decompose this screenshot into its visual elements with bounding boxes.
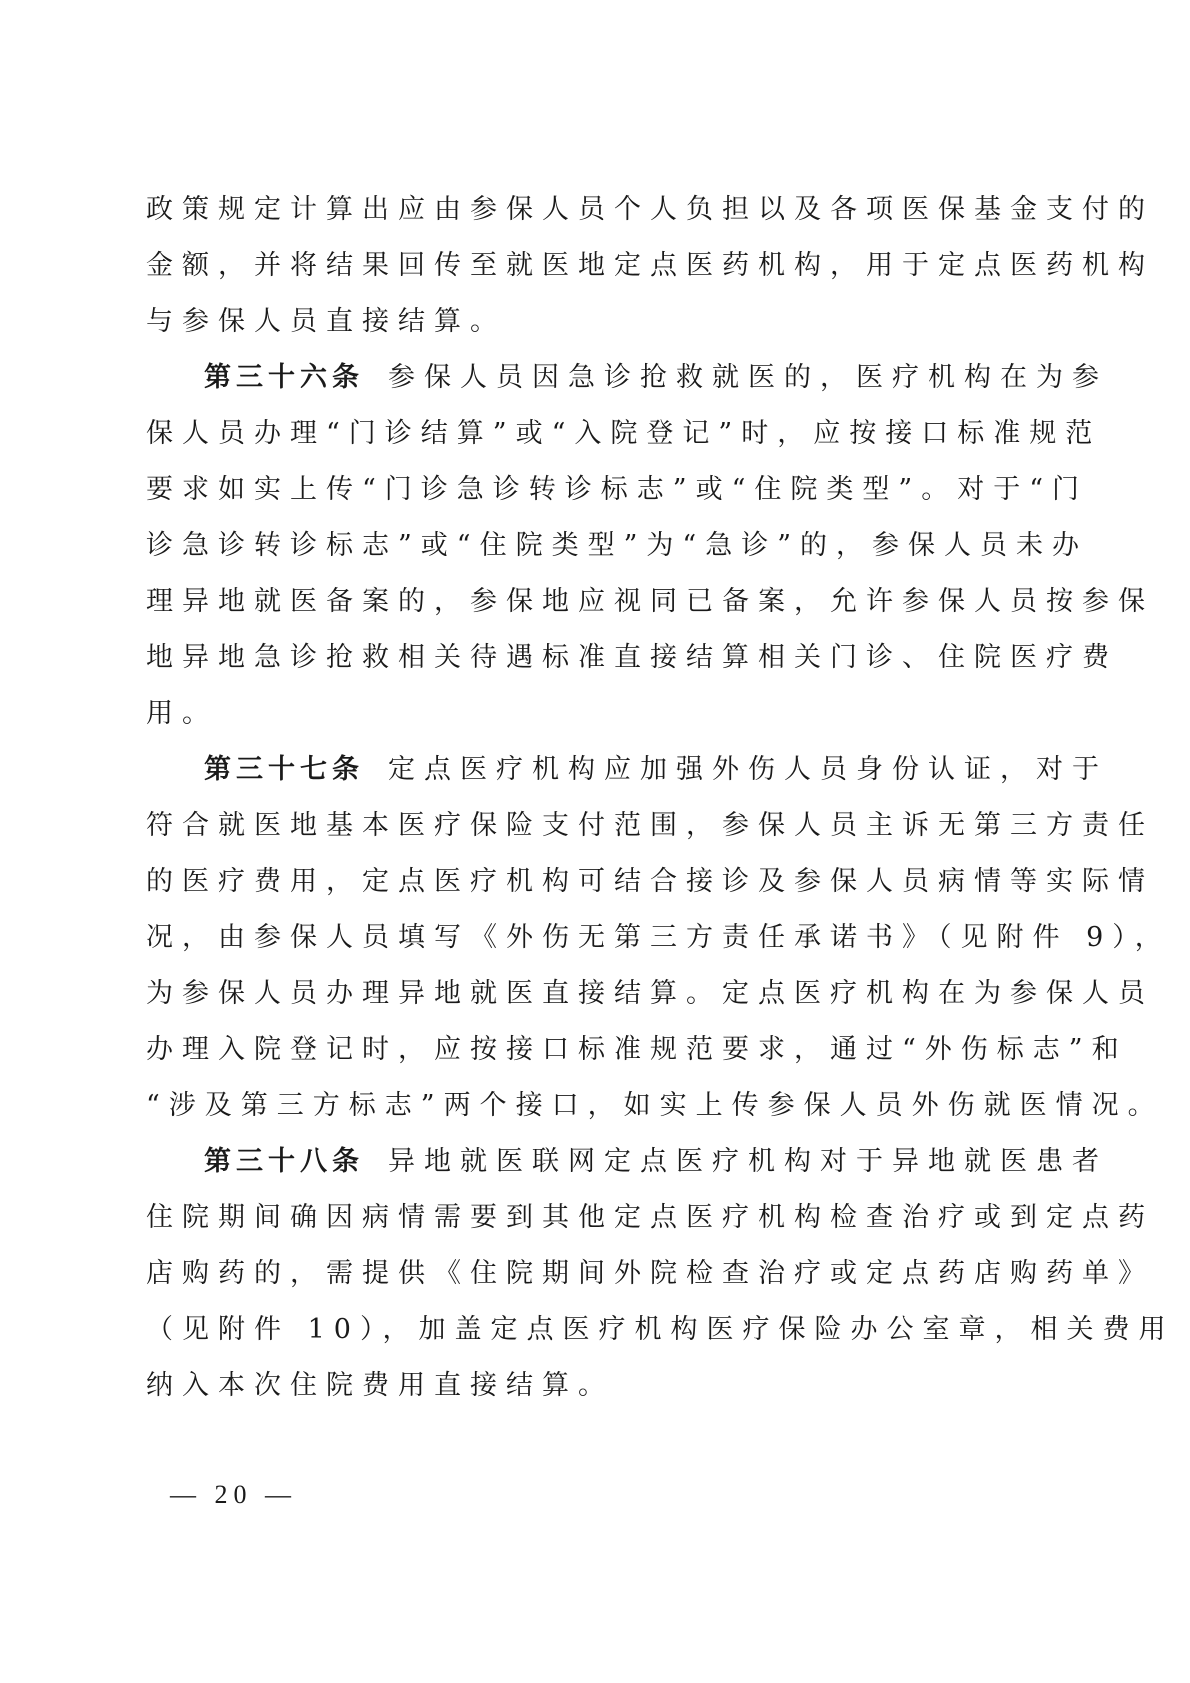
text-line: 为参保人员办理异地就医直接结算。定点医疗机构在为参保人员 (146, 966, 968, 1022)
article-heading: 第三十六条 (204, 362, 364, 393)
text-line: 用。 (146, 686, 968, 742)
text-line: 保人员办理“门诊结算”或“入院登记”时，应按接口标准规范 (146, 406, 968, 462)
text-line: 店购药的，需提供《住院期间外院检查治疗或定点药店购药单》 (146, 1246, 968, 1302)
article-heading: 第三十七条 (204, 754, 364, 785)
text-line: 诊急诊转诊标志”或“住院类型”为“急诊”的，参保人员未办 (146, 518, 968, 574)
text-line: 要求如实上传“门诊急诊转诊标志”或“住院类型”。对于“门 (146, 462, 968, 518)
text-line: 异地就医联网定点医疗机构对于异地就医患者 (388, 1146, 1108, 1177)
text-line: 况，由参保人员填写《外伤无第三方责任承诺书》（见附件 9）， (146, 910, 968, 966)
text-line: 符合就医地基本医疗保险支付范围，参保人员主诉无第三方责任 (146, 798, 968, 854)
text-line: 理异地就医备案的，参保地应视同已备案，允许参保人员按参保 (146, 574, 968, 630)
text-line: 与参保人员直接结算。 (146, 294, 968, 350)
text-line: 住院期间确因病情需要到其他定点医疗机构检查治疗或到定点药 (146, 1190, 968, 1246)
text-line: 地异地急诊抢救相关待遇标准直接结算相关门诊、住院医疗费 (146, 630, 968, 686)
text-line: 纳入本次住院费用直接结算。 (146, 1358, 968, 1414)
document-body: 政策规定计算出应由参保人员个人负担以及各项医保基金支付的 金额，并将结果回传至就… (146, 182, 968, 1414)
article-heading: 第三十八条 (204, 1146, 364, 1177)
article-36-first-line: 第三十六条参保人员因急诊抢救就医的，医疗机构在为参 (146, 350, 968, 406)
page-number: — 20 — (170, 1480, 297, 1510)
text-line: “涉及第三方标志”两个接口，如实上传参保人员外伤就医情况。 (146, 1078, 968, 1134)
text-line: 金额，并将结果回传至就医地定点医药机构，用于定点医药机构 (146, 238, 968, 294)
article-37-first-line: 第三十七条定点医疗机构应加强外伤人员身份认证，对于 (146, 742, 968, 798)
text-line: 的医疗费用，定点医疗机构可结合接诊及参保人员病情等实际情 (146, 854, 968, 910)
text-line: 政策规定计算出应由参保人员个人负担以及各项医保基金支付的 (146, 182, 968, 238)
text-line: 定点医疗机构应加强外伤人员身份认证，对于 (388, 754, 1108, 785)
text-line: （见附件 10），加盖定点医疗机构医疗保险办公室章，相关费用 (146, 1302, 968, 1358)
article-38-first-line: 第三十八条异地就医联网定点医疗机构对于异地就医患者 (146, 1134, 968, 1190)
text-line: 办理入院登记时，应按接口标准规范要求，通过“外伤标志”和 (146, 1022, 968, 1078)
text-line: 参保人员因急诊抢救就医的，医疗机构在为参 (388, 362, 1108, 393)
